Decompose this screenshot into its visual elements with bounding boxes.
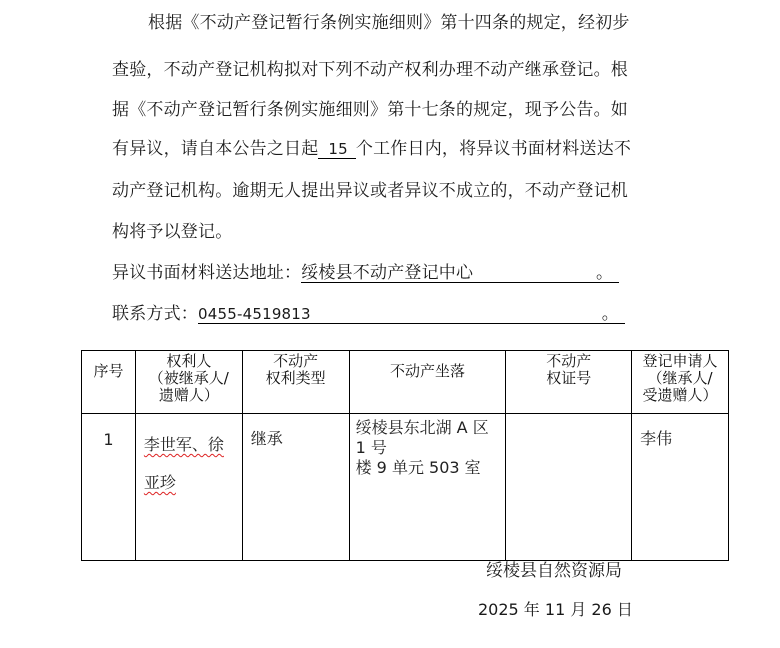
cell-owner: 李世军、徐亚珍: [135, 414, 242, 561]
objection-days: 15: [318, 140, 356, 159]
address-label: 异议书面材料送达地址：: [112, 263, 301, 283]
paragraph-line-4: 有异议，请自本公告之日起15个工作日内，将异议书面材料送达不: [112, 138, 631, 160]
header-text: 权证号: [506, 370, 631, 387]
address-value: 绥棱县不动产登记中心: [301, 263, 473, 283]
header-location: 不动产坐落: [349, 351, 506, 414]
issuer: 绥棱县自然资源局: [486, 556, 622, 581]
header-text: 不动产: [243, 353, 349, 370]
owner-line-1: 李世军、徐: [144, 435, 224, 454]
address-field: 绥棱县不动产登记中心。: [301, 264, 619, 283]
header-text: 不动产: [506, 353, 631, 370]
location-line-2: 楼 9 单元 503 室: [356, 458, 502, 478]
contact-value: 0455-4519813: [198, 305, 311, 323]
cell-applicant: 李伟: [632, 414, 729, 561]
table-row: 1 李世军、徐亚珍 继承 绥棱县东北湖 A 区 1 号楼 9 单元 503 室 …: [82, 414, 729, 561]
header-owner: 权利人（被继承人/遗赠人）: [135, 351, 242, 414]
header-applicant: 登记申请人（继承人/受遗赠人）: [632, 351, 729, 414]
issue-date: 2025 年 11 月 26 日: [478, 597, 633, 620]
table-header-row: 序号 权利人（被继承人/遗赠人） 不动产权利类型 不动产坐落 不动产权证号 登记…: [82, 351, 729, 414]
paragraph-line-6: 构将予以登记。: [112, 221, 232, 243]
contact-label: 联系方式：: [112, 304, 198, 324]
paragraph-line-2: 查验，不动产登记机构拟对下列不动产权利办理不动产继承登记。根: [112, 59, 628, 81]
paragraph-line-5: 动产登记机构。逾期无人提出异议或者异议不成立的，不动产登记机: [112, 180, 628, 202]
cell-cert-no: [506, 414, 632, 561]
registration-table: 序号 权利人（被继承人/遗赠人） 不动产权利类型 不动产坐落 不动产权证号 登记…: [81, 350, 729, 561]
contact-end: 。: [602, 305, 619, 323]
header-text: 权利人: [136, 353, 242, 370]
header-text: 受遗赠人）: [632, 387, 728, 404]
cell-right-type: 继承: [242, 414, 349, 561]
line4-before: 有异议，请自本公告之日起: [112, 139, 318, 159]
paragraph-line-3: 据《不动产登记暂行条例实施细则》第十七条的规定，现予公告。如: [112, 99, 628, 121]
header-text: 遗赠人）: [136, 387, 242, 404]
header-text: （被继承人/: [136, 370, 242, 387]
header-text: 登记申请人: [632, 353, 728, 370]
contact-line: 联系方式：0455-4519813。: [112, 303, 625, 325]
header-text: （继承人/: [632, 370, 728, 387]
header-no: 序号: [82, 351, 136, 414]
header-right-type: 不动产权利类型: [242, 351, 349, 414]
location-line-1: 绥棱县东北湖 A 区 1 号: [356, 418, 502, 458]
header-text: 不动产坐落: [390, 362, 465, 380]
header-text: 权利类型: [243, 370, 349, 387]
address-end: 。: [596, 264, 613, 282]
address-line: 异议书面材料送达地址：绥棱县不动产登记中心。: [112, 262, 619, 284]
cell-no: 1: [82, 414, 136, 561]
line4-after: 个工作日内，将异议书面材料送达不: [356, 139, 631, 159]
owner-line-2: 亚珍: [144, 473, 176, 492]
cell-location: 绥棱县东北湖 A 区 1 号楼 9 单元 503 室: [349, 414, 506, 561]
contact-field: 0455-4519813。: [198, 305, 625, 324]
header-text: 序号: [93, 362, 123, 380]
paragraph-line-1: 根据《不动产登记暂行条例实施细则》第十四条的规定，经初步: [148, 12, 630, 34]
header-cert-no: 不动产权证号: [506, 351, 632, 414]
